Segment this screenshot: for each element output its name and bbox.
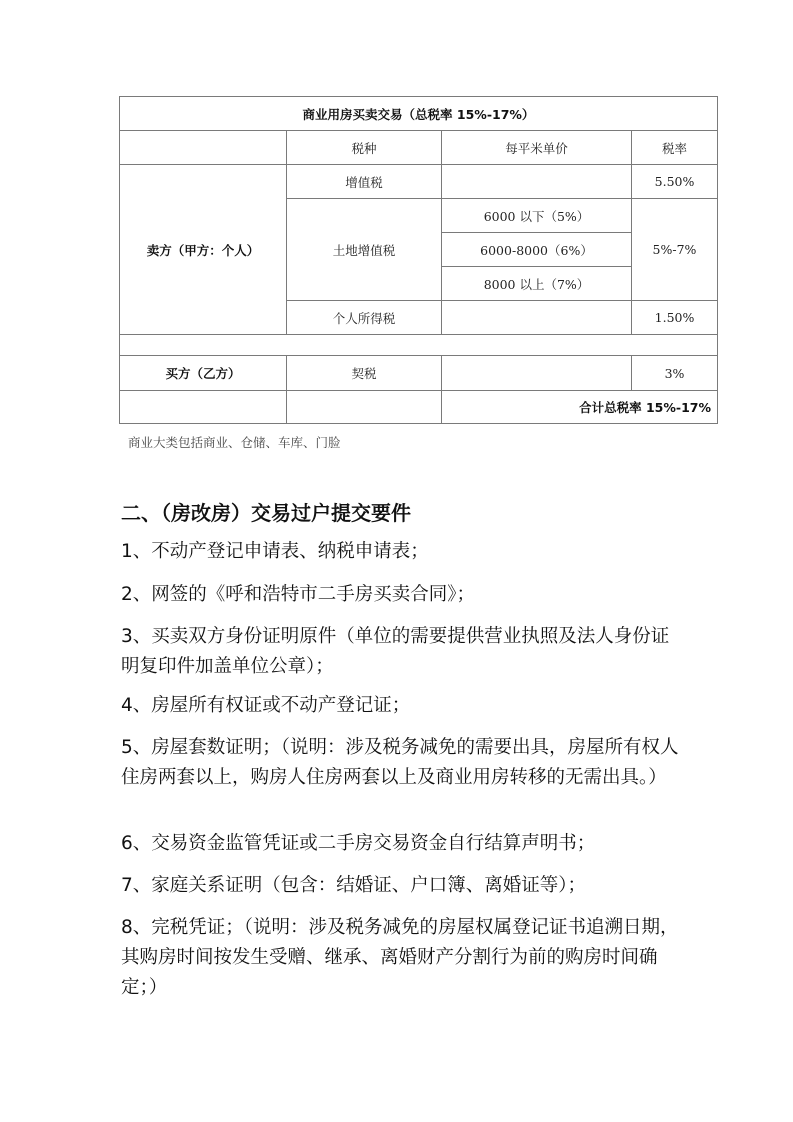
tax-rate-table: 商业用房买卖交易（总税率 15%-17%） 税种 每平米单价 税率 卖方（甲方：…: [119, 96, 718, 424]
table-row: 买方（乙方） 契税 3%: [120, 356, 718, 391]
rate-cell: 3%: [632, 356, 718, 391]
tax-type-cell: 个人所得税: [287, 301, 442, 335]
list-item: 6、交易资金监管凭证或二手房交易资金自行结算声明书；: [121, 829, 681, 859]
tax-type-cell: 增值税: [287, 165, 442, 199]
tax-type-cell: 契税: [287, 356, 442, 391]
header-rate: 税率: [632, 131, 718, 165]
empty-cell: [120, 391, 287, 424]
rate-cell: 1.50%: [632, 301, 718, 335]
price-cell: [442, 356, 632, 391]
list-item: 1、不动产登记申请表、纳税申请表；: [121, 537, 681, 567]
table-title: 商业用房买卖交易（总税率 15%-17%）: [120, 97, 718, 131]
price-tier-cell: 6000 以下（5%）: [442, 199, 632, 233]
price-tier-cell: 6000-8000（6%）: [442, 233, 632, 267]
header-empty: [120, 131, 287, 165]
list-item: 3、买卖双方身份证明原件（单位的需要提供营业执照及法人身份证明复印件加盖单位公章…: [121, 622, 681, 682]
rate-cell: 5%-7%: [632, 199, 718, 301]
header-tax-type: 税种: [287, 131, 442, 165]
total-row: 合计总税率 15%-17%: [120, 391, 718, 424]
table-header-row: 税种 每平米单价 税率: [120, 131, 718, 165]
spacer-cell: [120, 335, 718, 356]
table-note: 商业大类包括商业、仓储、车库、门脸: [128, 433, 341, 451]
rate-cell: 5.50%: [632, 165, 718, 199]
total-rate: 合计总税率 15%-17%: [442, 391, 718, 424]
price-cell: [442, 301, 632, 335]
seller-label: 卖方（甲方：个人）: [120, 165, 287, 335]
buyer-label: 买方（乙方）: [120, 356, 287, 391]
spacer-row: [120, 335, 718, 356]
list-item: 4、房屋所有权证或不动产登记证；: [121, 691, 681, 721]
list-item: 5、房屋套数证明；（说明：涉及税务减免的需要出具，房屋所有权人住房两套以上，购房…: [121, 733, 681, 793]
empty-cell: [287, 391, 442, 424]
header-unit-price: 每平米单价: [442, 131, 632, 165]
table-row: 卖方（甲方：个人） 增值税 5.50%: [120, 165, 718, 199]
list-item: 8、完税凭证；（说明：涉及税务减免的房屋权属登记证书追溯日期，其购房时间按发生受…: [121, 913, 681, 1003]
list-item: 2、网签的《呼和浩特市二手房买卖合同》；: [121, 580, 681, 610]
price-tier-cell: 8000 以上（7%）: [442, 267, 632, 301]
price-cell: [442, 165, 632, 199]
list-item: 7、家庭关系证明（包含：结婚证、户口簿、离婚证等）；: [121, 871, 681, 901]
section-heading: 二、（房改房）交易过户提交要件: [121, 497, 411, 526]
tax-type-cell: 土地增值税: [287, 199, 442, 301]
